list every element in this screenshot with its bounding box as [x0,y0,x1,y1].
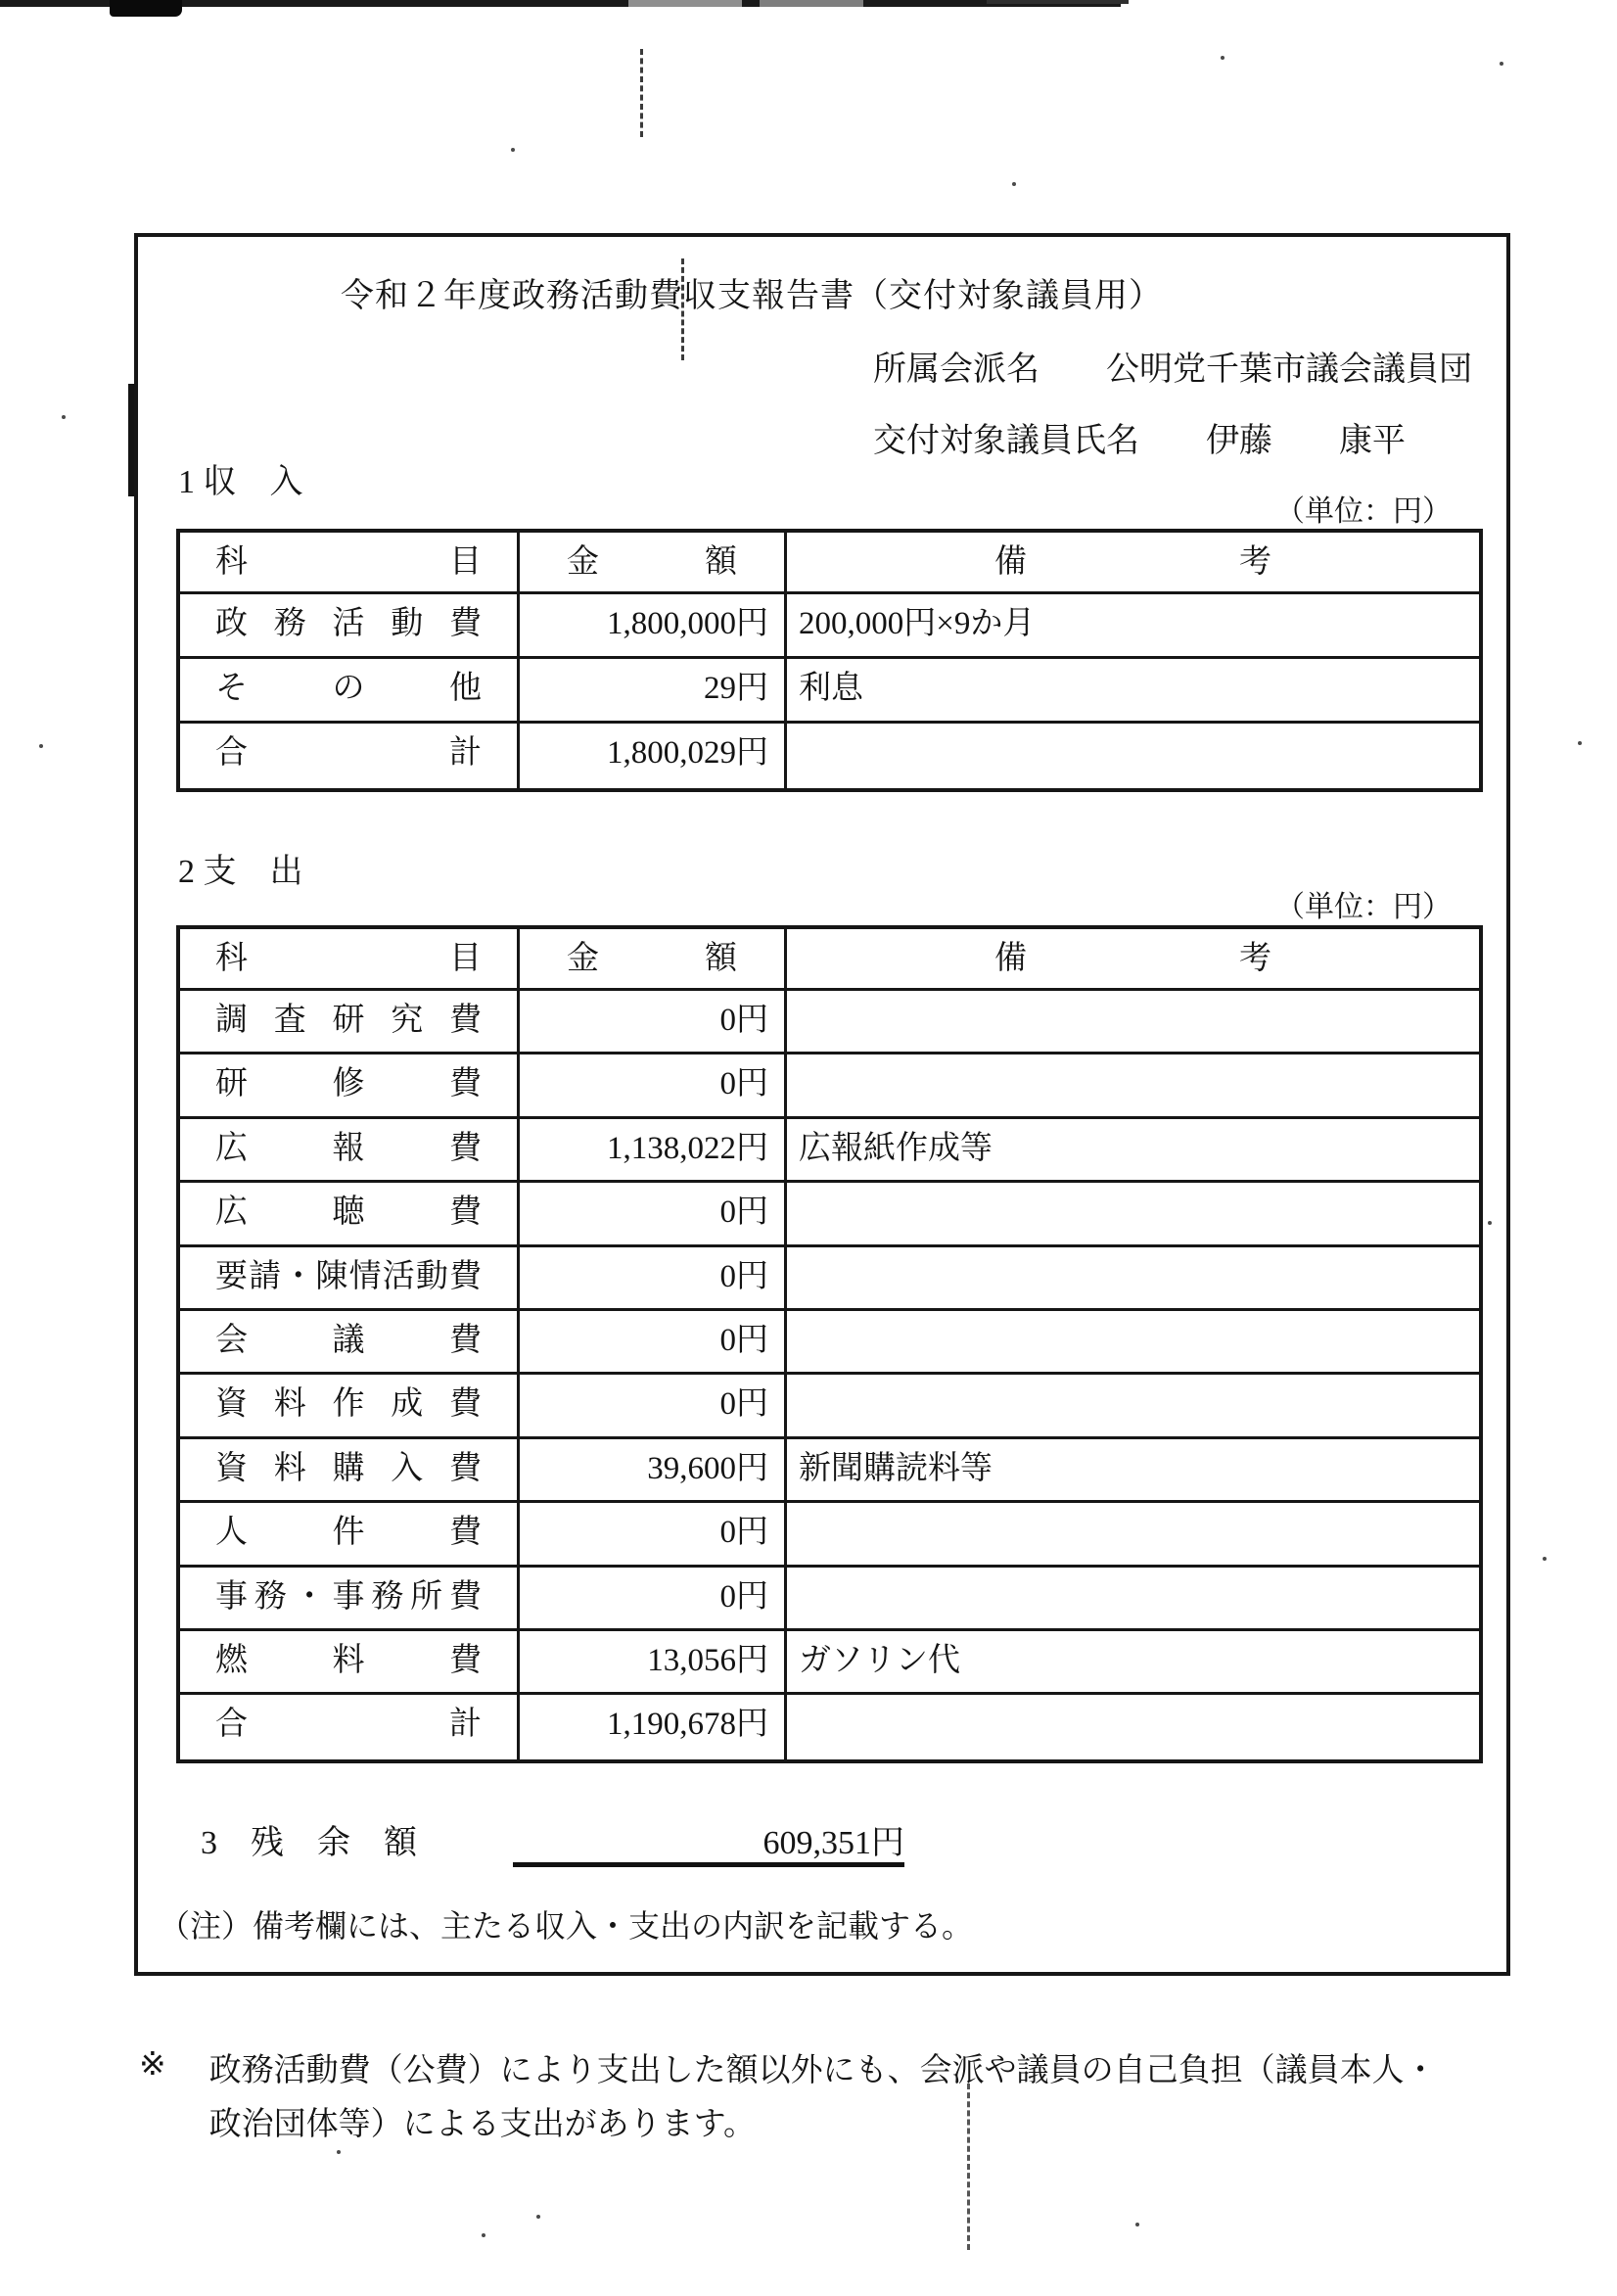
expense-section-heading: 2 支 出 [178,844,303,892]
amount-cell: 0円 [520,1503,787,1567]
remarks-cell [787,1568,1479,1631]
scan-speck [511,148,515,152]
balance-underline [513,1862,904,1867]
remarks-cell: 利息 [787,659,1479,724]
scan-artifact-gray-2 [760,0,863,7]
amount-cell: 1,800,000円 [520,594,787,659]
footnote-line1: 政務活動費（公費）により支出した額以外にも、会派や議員の自己負担（議員本人・ [209,2044,1437,2098]
subject-cell: 広聴費 [180,1183,520,1246]
amount-cell: 1,800,029円 [520,724,787,788]
faction-name-line: 所属会派名 公明党千葉市議会議員団 [873,342,1472,390]
page-title: 令和２年度政務活動費収支報告書（交付対象議員用） [341,268,1163,316]
subject-cell: 資料作成費 [180,1375,520,1438]
income-section-heading: 1 収 入 [178,454,303,502]
balance-section: 3 残 余 額 609,351円 [201,1815,904,1863]
remarks-cell: ガソリン代 [787,1631,1479,1695]
subject-cell: 合計 [180,1695,520,1758]
remarks-cell [787,1695,1479,1758]
subject-cell: 広報費 [180,1119,520,1183]
subject-cell: 研修費 [180,1054,520,1118]
remarks-cell [787,724,1479,788]
scan-artifact-gray-1 [628,0,742,7]
subject-cell: 調査研究費 [180,991,520,1054]
remarks-note: （注）備考欄には、主たる収入・支出の内訳を記載する。 [159,1901,973,1946]
scan-speck [62,415,66,419]
amount-cell: 29円 [520,659,787,724]
amount-cell: 0円 [520,1375,787,1438]
amount-cell: 0円 [520,1568,787,1631]
expense-header-remarks: 備考 [787,929,1479,991]
footnote-marker: ※ [139,2044,166,2152]
expense-header-subject: 科目 [180,929,520,991]
footnote: ※ 政務活動費（公費）により支出した額以外にも、会派や議員の自己負担（議員本人・… [139,2044,1437,2152]
income-header-amount: 金額 [520,533,787,594]
amount-cell: 0円 [520,1311,787,1375]
balance-heading: 3 残 余 額 [201,1815,417,1863]
remarks-cell: 広報紙作成等 [787,1119,1479,1183]
amount-cell: 39,600円 [520,1439,787,1503]
scan-speck [482,2233,485,2237]
amount-cell: 1,138,022円 [520,1119,787,1183]
balance-amount: 609,351円 [763,1815,905,1863]
subject-cell: 合計 [180,724,520,788]
remarks-cell: 新聞購読料等 [787,1439,1479,1503]
amount-cell: 13,056円 [520,1631,787,1695]
scan-speck [1543,1557,1547,1561]
scan-speck [1221,56,1224,60]
remarks-cell [787,1247,1479,1311]
amount-cell: 0円 [520,1054,787,1118]
income-header-subject: 科目 [180,533,520,594]
amount-cell: 0円 [520,1183,787,1246]
unit-label-income: （単位：円） [1275,487,1452,530]
expense-table: 科目 金額 備考 調査研究費 0円 研修費 0円 広報費 1,138,022円 … [176,925,1483,1763]
scan-artifact-blob [110,0,182,17]
unit-label-expense: （単位：円） [1275,882,1452,925]
subject-cell: 会議費 [180,1311,520,1375]
footnote-line2: 政治団体等）による支出があります。 [209,2098,1437,2152]
remarks-cell [787,1503,1479,1567]
remarks-cell [787,991,1479,1054]
scan-speck [1135,2223,1139,2226]
scan-speck [1500,62,1503,66]
remarks-cell [787,1311,1479,1375]
subject-cell: その他 [180,659,520,724]
subject-cell: 資料購入費 [180,1439,520,1503]
subject-cell: 人件費 [180,1503,520,1567]
amount-cell: 1,190,678円 [520,1695,787,1758]
scan-speck [39,744,43,748]
member-name-line: 交付対象議員氏名 伊藤 康平 [873,413,1406,461]
subject-cell: 事務・事務所費 [180,1568,520,1631]
scan-speck [1578,741,1582,745]
subject-cell: 燃料費 [180,1631,520,1695]
remarks-cell [787,1183,1479,1246]
remarks-cell [787,1375,1479,1438]
amount-cell: 0円 [520,991,787,1054]
scan-speck [536,2215,540,2219]
scan-speck [1012,182,1016,186]
income-header-remarks: 備考 [787,533,1479,594]
footnote-text: 政務活動費（公費）により支出した額以外にも、会派や議員の自己負担（議員本人・ 政… [209,2044,1437,2152]
fold-mark-top [640,49,643,137]
expense-header-amount: 金額 [520,929,787,991]
income-table: 科目 金額 備考 政務活動費 1,800,000円 200,000円×9か月 そ… [176,529,1483,792]
amount-cell: 0円 [520,1247,787,1311]
subject-cell: 要請・陳情活動費 [180,1247,520,1311]
subject-cell: 政務活動費 [180,594,520,659]
scan-artifact-right-dash [987,0,1129,4]
remarks-cell: 200,000円×9か月 [787,594,1479,659]
remarks-cell [787,1054,1479,1118]
scanned-report-page: 令和２年度政務活動費収支報告書（交付対象議員用） 所属会派名 公明党千葉市議会議… [0,0,1617,2296]
